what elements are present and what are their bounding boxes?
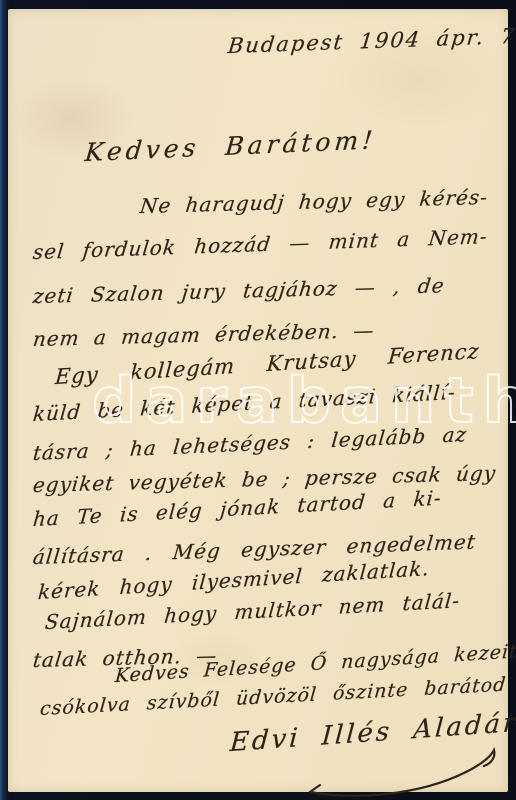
letter-dateline: Budapest 1904 ápr. 7. — [227, 24, 516, 58]
letter-line: Ne haragudj hogy egy kérés- — [139, 185, 490, 218]
scanned-letter-frame: Budapest 1904 ápr. 7. Kedves Barátom! Ne… — [0, 0, 516, 800]
letter-line: nem a magam érdekében. — — [32, 318, 376, 351]
signature-flourish — [298, 744, 508, 799]
letter-paper: Budapest 1904 ápr. 7. Kedves Barátom! Ne… — [8, 9, 508, 792]
letter-salutation: Kedves Barátom! — [84, 125, 378, 167]
letter-line: sel fordulok hozzád — mint a Nem- — [32, 224, 489, 264]
letter-line: tásra ; ha lehetséges : legalább az — [32, 422, 468, 465]
letter-line: zeti Szalon jury tagjához — , de — [32, 273, 446, 308]
letter-line: küld be két képet a tavaszi kiállí- — [32, 380, 457, 426]
